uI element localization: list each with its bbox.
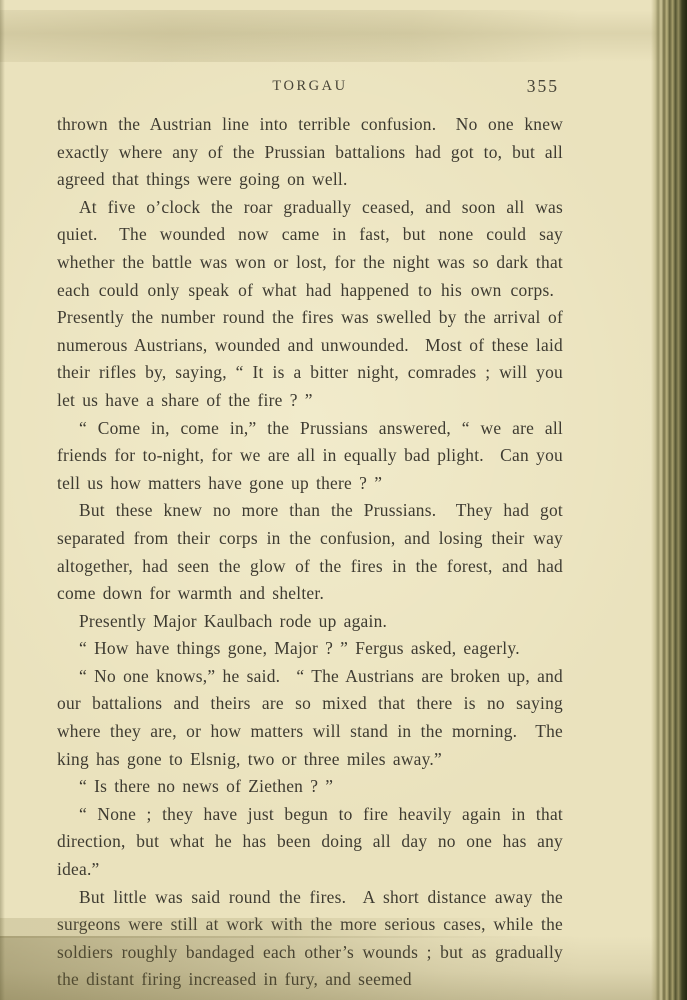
paragraph: “ Come in, come in,” the Prussians answe… <box>57 415 563 498</box>
paragraph: But these knew no more than the Prussian… <box>57 497 563 607</box>
running-title: TORGAU <box>57 78 563 95</box>
paragraph: Presently Major Kaulbach rode up again. <box>57 608 563 636</box>
running-head: TORGAU 355 <box>57 78 563 96</box>
paragraph: But little was said round the fires. A s… <box>57 884 563 994</box>
paragraph: “ How have things gone, Major ? ” Fergus… <box>57 635 563 663</box>
page-edge-left <box>0 0 5 1000</box>
book-page-scan: TORGAU 355 thrown the Austrian line into… <box>0 0 687 1000</box>
paragraph: “ Is there no news of Ziethen ? ” <box>57 773 563 801</box>
paragraph: At five o’clock the roar gradually cease… <box>57 194 563 415</box>
paragraph: “ None ; they have just begun to fire he… <box>57 801 563 884</box>
scan-shadow-top <box>0 10 687 62</box>
page-body: thrown the Austrian line into terrible c… <box>57 111 563 994</box>
book-edge-stripes <box>651 0 687 1000</box>
paragraph: “ No one knows,” he said. “ The Austrian… <box>57 663 563 773</box>
page-number: 355 <box>527 76 559 97</box>
paragraph: thrown the Austrian line into terrible c… <box>57 111 563 194</box>
